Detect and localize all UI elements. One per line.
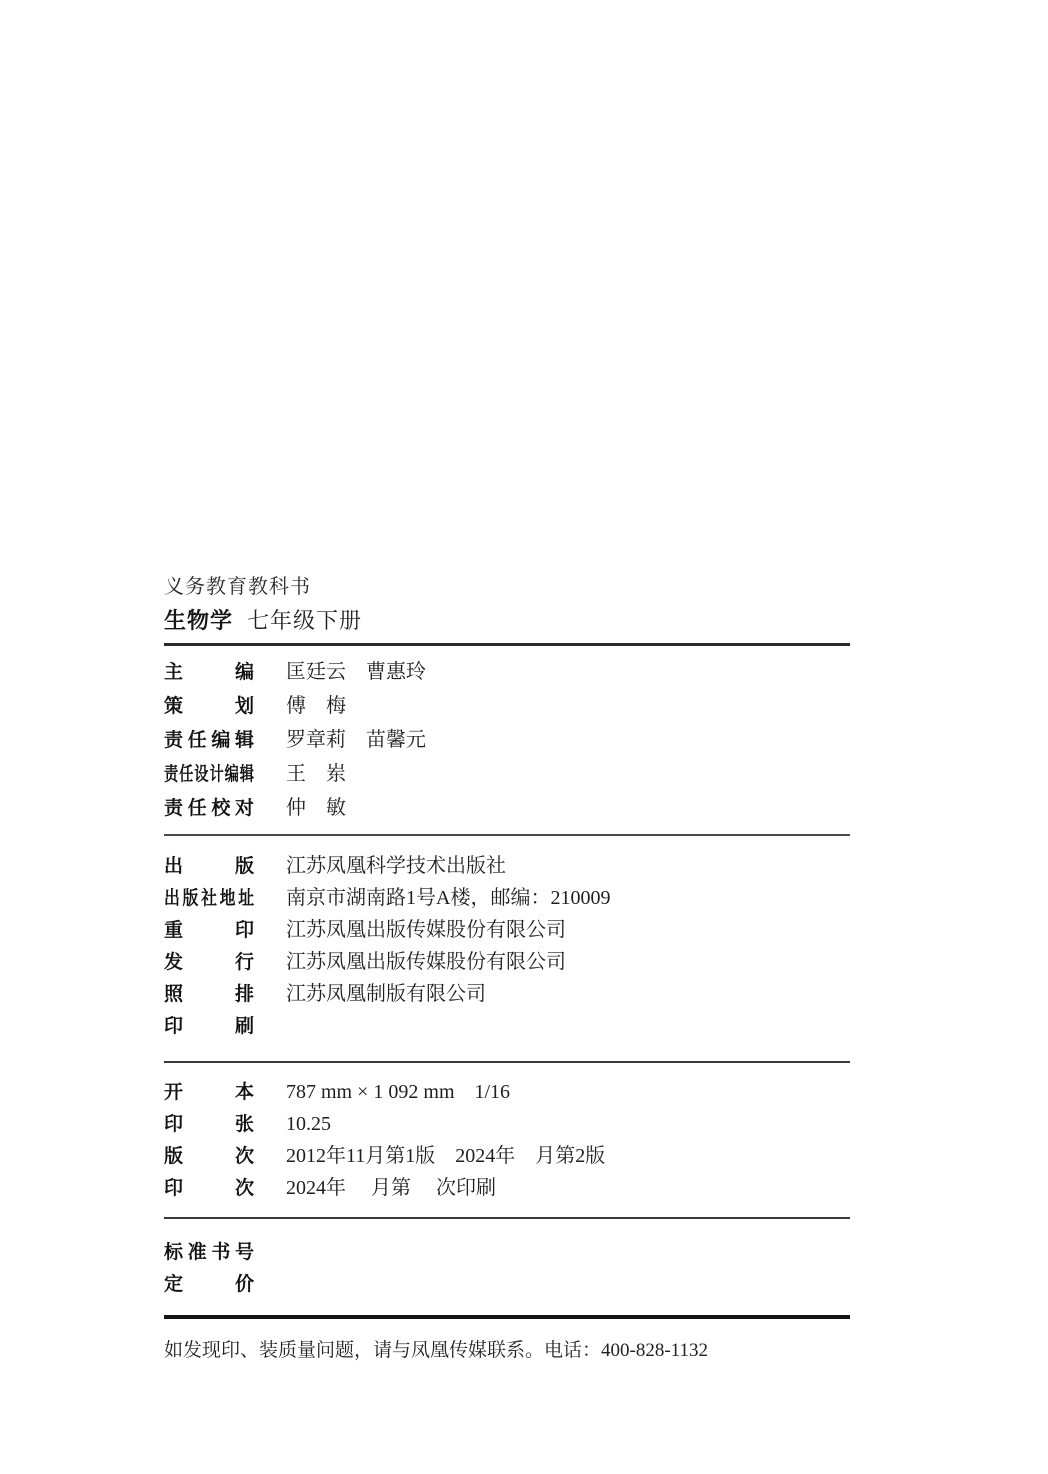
publishing-row: 照排 江苏凤凰制版有限公司 xyxy=(164,979,850,1011)
field-value: 江苏凤凰制版有限公司 xyxy=(286,979,486,1010)
staff-row: 责任编辑 罗章莉 苗馨元 xyxy=(164,724,850,758)
field-label: 出版 xyxy=(164,851,254,882)
field-label: 照排 xyxy=(164,979,254,1010)
field-label-wrap: 出版社地址 xyxy=(164,883,254,915)
divider-bottom xyxy=(164,1315,850,1319)
field-label-wrap: 重印 xyxy=(164,915,254,947)
field-value: 2012年11月第1版 2024年 月第2版 xyxy=(286,1141,605,1172)
divider-publishing xyxy=(164,1061,850,1063)
publishing-row: 出版 江苏凤凰科学技术出版社 xyxy=(164,851,850,883)
field-label: 定价 xyxy=(164,1269,254,1300)
field-label-wrap: 策划 xyxy=(164,691,254,724)
field-label: 印次 xyxy=(164,1173,254,1204)
field-label: 版次 xyxy=(164,1141,254,1172)
field-label-wrap: 主编 xyxy=(164,657,254,690)
publishing-row: 出版社地址 南京市湖南路1号A楼，邮编：210009 xyxy=(164,883,850,915)
isbn-section: 标准书号 定价 xyxy=(164,1237,850,1301)
field-value: 仲 敏 xyxy=(286,792,346,824)
field-label-wrap: 印张 xyxy=(164,1109,254,1141)
divider-title xyxy=(164,643,850,646)
title-block: 义务教育教科书 生物学七年级下册 xyxy=(164,574,850,639)
book-title: 生物学 xyxy=(164,608,233,633)
field-value: 2024年 月第 次印刷 xyxy=(286,1173,496,1204)
series-title: 义务教育教科书 xyxy=(164,574,850,600)
field-label-wrap: 责任编辑 xyxy=(164,725,254,758)
field-value: 江苏凤凰科学技术出版社 xyxy=(286,851,506,882)
staff-row: 策划 傅 梅 xyxy=(164,690,850,724)
quality-notice: 如发现印、装质量问题，请与凤凰传媒联系。电话：400-828-1132 xyxy=(164,1337,850,1365)
field-label: 出版社地址 xyxy=(164,883,254,914)
book-title-line: 生物学七年级下册 xyxy=(164,606,850,639)
field-label: 发行 xyxy=(164,947,254,978)
printing-row: 版次 2012年11月第1版 2024年 月第2版 xyxy=(164,1141,850,1173)
field-label-wrap: 出版 xyxy=(164,851,254,883)
isbn-row: 标准书号 xyxy=(164,1237,850,1269)
publishing-section: 出版 江苏凤凰科学技术出版社 出版社地址 南京市湖南路1号A楼，邮编：21000… xyxy=(164,851,850,1043)
printing-section: 开本 787 mm × 1 092 mm 1/16 印张 10.25 版次 20… xyxy=(164,1077,850,1205)
field-label: 主编 xyxy=(164,657,254,689)
field-label-wrap: 发行 xyxy=(164,947,254,979)
field-label: 印刷 xyxy=(164,1011,254,1042)
staff-row: 责任设计编辑 王 岽 xyxy=(164,758,850,792)
field-label-wrap: 印刷 xyxy=(164,1011,254,1043)
field-value: 王 岽 xyxy=(286,758,346,790)
field-label-wrap: 标准书号 xyxy=(164,1237,254,1269)
field-label: 责任设计编辑 xyxy=(164,759,254,791)
staff-row: 责任校对 仲 敏 xyxy=(164,792,850,826)
field-label: 标准书号 xyxy=(164,1237,254,1268)
staff-row: 主编 匡廷云 曹惠玲 xyxy=(164,656,850,690)
field-value: 罗章莉 苗馨元 xyxy=(286,724,426,756)
printing-row: 印张 10.25 xyxy=(164,1109,850,1141)
field-value: 787 mm × 1 092 mm 1/16 xyxy=(286,1077,510,1108)
field-label: 责任校对 xyxy=(164,793,254,825)
colophon-page: 义务教育教科书 生物学七年级下册 主编 匡廷云 曹惠玲 策划 傅 梅 责任编辑 … xyxy=(0,0,1048,1474)
field-label-wrap: 定价 xyxy=(164,1269,254,1301)
field-label: 开本 xyxy=(164,1077,254,1108)
field-value: 南京市湖南路1号A楼，邮编：210009 xyxy=(286,883,610,914)
isbn-row: 定价 xyxy=(164,1269,850,1301)
field-label: 策划 xyxy=(164,691,254,723)
field-label-wrap: 照排 xyxy=(164,979,254,1011)
field-label-wrap: 开本 xyxy=(164,1077,254,1109)
field-label: 责任编辑 xyxy=(164,725,254,757)
colophon-content: 义务教育教科书 生物学七年级下册 主编 匡廷云 曹惠玲 策划 傅 梅 责任编辑 … xyxy=(164,0,850,1365)
publishing-row: 重印 江苏凤凰出版传媒股份有限公司 xyxy=(164,915,850,947)
field-value: 傅 梅 xyxy=(286,690,346,722)
book-subtitle: 七年级下册 xyxy=(247,608,362,633)
field-label-wrap: 版次 xyxy=(164,1141,254,1173)
field-label-wrap: 印次 xyxy=(164,1173,254,1205)
field-value: 江苏凤凰出版传媒股份有限公司 xyxy=(286,915,566,946)
field-label-wrap: 责任设计编辑 xyxy=(164,759,254,792)
divider-printing xyxy=(164,1217,850,1219)
printing-row: 印次 2024年 月第 次印刷 xyxy=(164,1173,850,1205)
field-value: 匡廷云 曹惠玲 xyxy=(286,656,426,688)
publishing-row: 发行 江苏凤凰出版传媒股份有限公司 xyxy=(164,947,850,979)
field-label-wrap: 责任校对 xyxy=(164,793,254,826)
field-label: 印张 xyxy=(164,1109,254,1140)
staff-section: 主编 匡廷云 曹惠玲 策划 傅 梅 责任编辑 罗章莉 苗馨元 责任设计编辑 王 … xyxy=(164,656,850,826)
printing-row: 开本 787 mm × 1 092 mm 1/16 xyxy=(164,1077,850,1109)
field-value: 10.25 xyxy=(286,1109,331,1140)
field-value: 江苏凤凰出版传媒股份有限公司 xyxy=(286,947,566,978)
publishing-row: 印刷 xyxy=(164,1011,850,1043)
field-label: 重印 xyxy=(164,915,254,946)
divider-staff xyxy=(164,834,850,836)
